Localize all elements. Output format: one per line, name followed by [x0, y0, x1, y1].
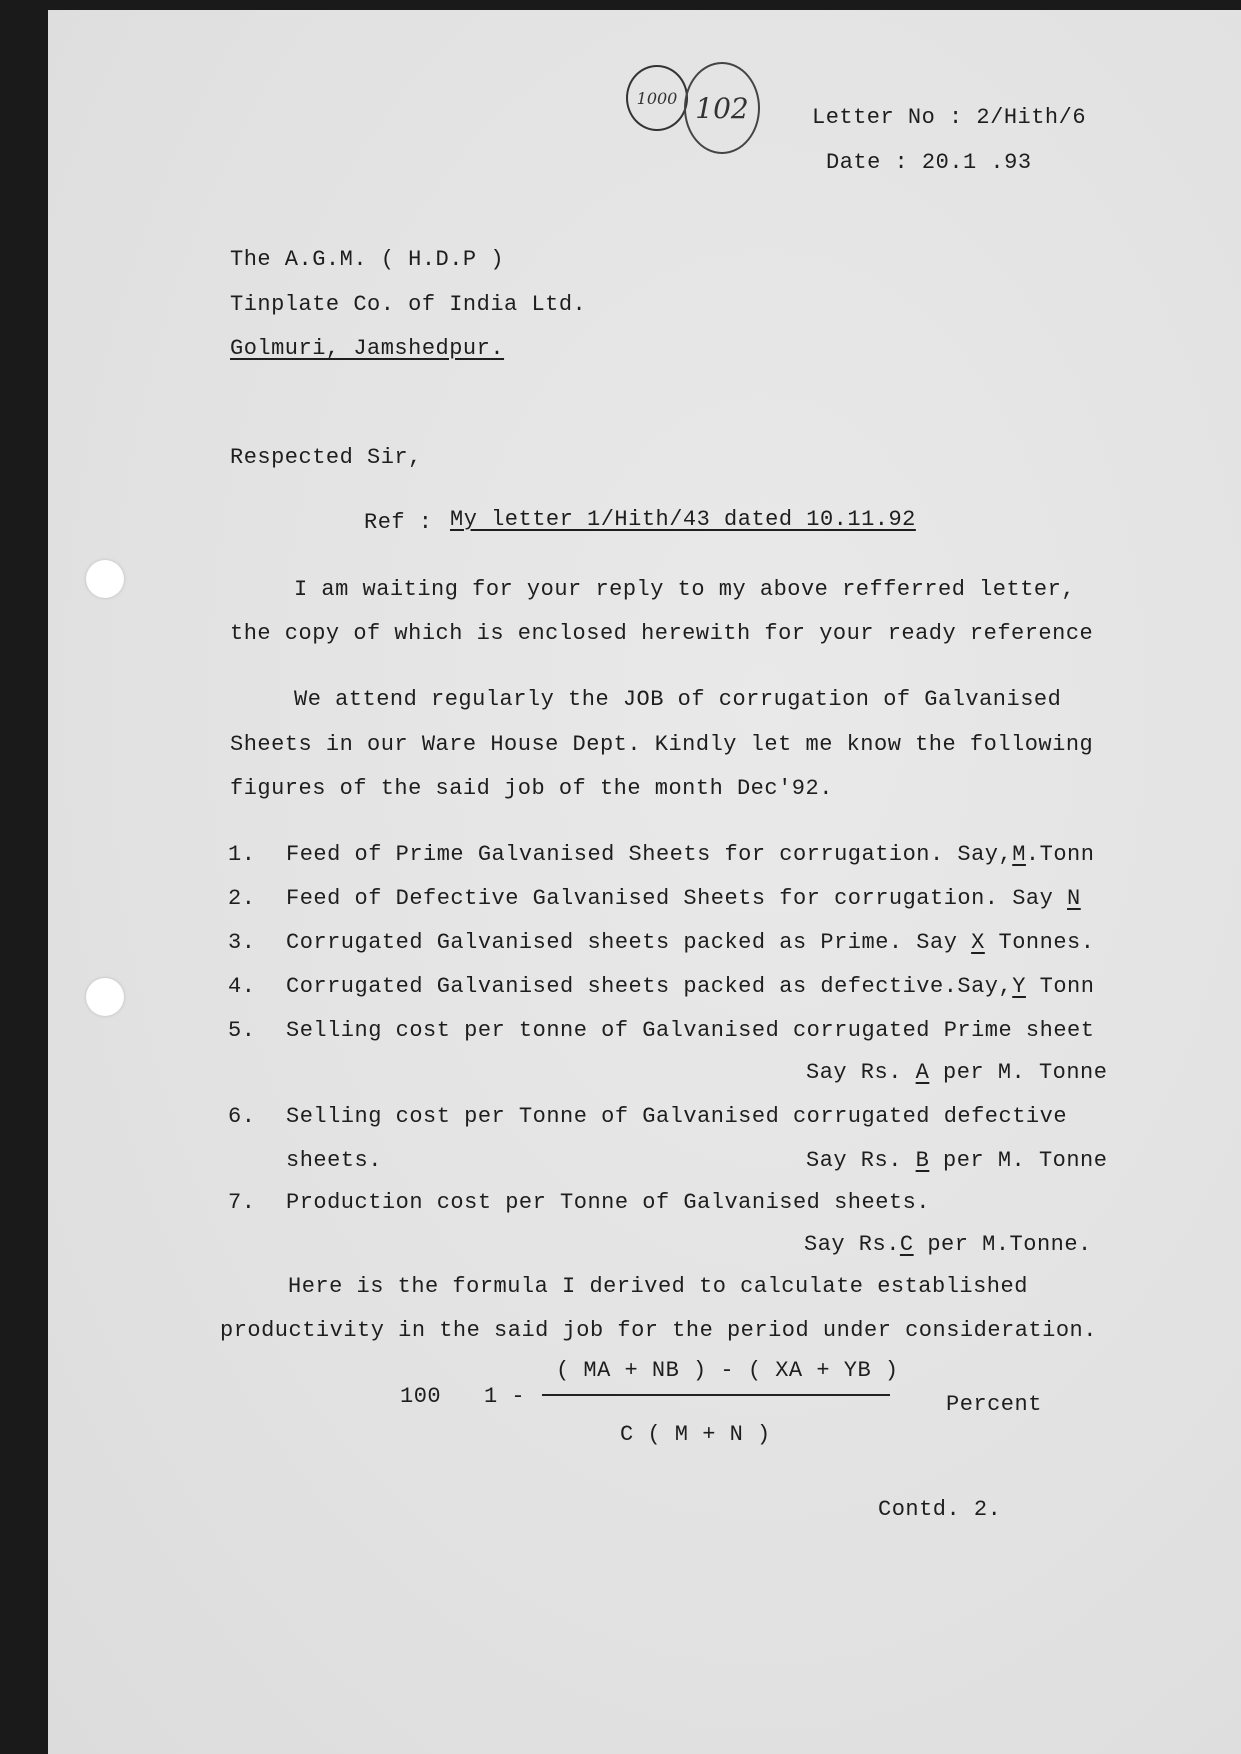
handwritten-stamp-2: 102 [684, 62, 760, 154]
formula-unit: Percent [946, 1392, 1042, 1417]
paragraph-3-line-1: Here is the formula I derived to calcula… [288, 1274, 1028, 1299]
stamp-1-text: 1000 [637, 89, 678, 108]
list-item: 4.Corrugated Galvanised sheets packed as… [228, 974, 1094, 999]
item-text: Feed of Prime Galvanised Sheets for corr… [286, 842, 1012, 867]
item-number: 2. [228, 886, 286, 911]
reference-text: My letter 1/Hith/43 dated 10.11.92 [450, 507, 916, 532]
list-item: 2.Feed of Defective Galvanised Sheets fo… [228, 886, 1081, 911]
item-unit: .Tonn [1026, 842, 1095, 867]
item-text: Corrugated Galvanised sheets packed as d… [286, 974, 1012, 999]
stamp-2-text: 102 [695, 92, 748, 125]
say-prefix: Say Rs. [806, 1148, 916, 1173]
list-item: 5.Selling cost per tonne of Galvanised c… [228, 1018, 1094, 1043]
letter-date: Date : 20.1 .93 [826, 150, 1032, 175]
formula-multiplier: 100 [400, 1384, 441, 1409]
list-item: 3.Corrugated Galvanised sheets packed as… [228, 930, 1094, 955]
list-item: 1.Feed of Prime Galvanised Sheets for co… [228, 842, 1094, 867]
salutation: Respected Sir, [230, 445, 422, 470]
say-prefix: Say Rs. [806, 1060, 916, 1085]
item-variable: C [900, 1232, 914, 1257]
say-unit: per M.Tonne. [914, 1232, 1092, 1257]
continued-note: Contd. 2. [878, 1497, 1001, 1522]
item-say-line: Say Rs. B per M. Tonne [806, 1148, 1107, 1173]
item-number: 4. [228, 974, 286, 999]
item-say-line: Say Rs.C per M.Tonne. [804, 1232, 1092, 1257]
list-item: 6.Selling cost per Tonne of Galvanised c… [228, 1104, 1067, 1129]
item-variable: X [971, 930, 985, 955]
item-variable: M [1012, 842, 1026, 867]
formula-denominator: C ( M + N ) [620, 1422, 771, 1447]
paragraph-2-line-3: figures of the said job of the month Dec… [230, 776, 833, 801]
paragraph-2-line-1: We attend regularly the JOB of corrugati… [294, 687, 1061, 712]
item-text: Production cost per Tonne of Galvanised … [286, 1190, 930, 1215]
handwritten-stamp-1: 1000 [626, 65, 688, 131]
formula-numerator: ( MA + NB ) - ( XA + YB ) [556, 1358, 899, 1383]
formula-one-minus: 1 - [484, 1384, 525, 1409]
say-prefix: Say Rs. [804, 1232, 900, 1257]
item-number: 6. [228, 1104, 286, 1129]
item-continuation: sheets. [286, 1148, 382, 1173]
paragraph-1-line-2: the copy of which is enclosed herewith f… [230, 621, 1093, 646]
item-text: Corrugated Galvanised sheets packed as P… [286, 930, 971, 955]
item-number: 3. [228, 930, 286, 955]
paragraph-2-line-2: Sheets in our Ware House Dept. Kindly le… [230, 732, 1093, 757]
say-unit: per M. Tonne [929, 1148, 1107, 1173]
item-number: 7. [228, 1190, 286, 1215]
item-unit: Tonn [1026, 974, 1095, 999]
item-variable: B [916, 1148, 930, 1173]
punch-hole-bottom [86, 978, 124, 1016]
list-item: 7.Production cost per Tonne of Galvanise… [228, 1190, 930, 1215]
item-variable: Y [1012, 974, 1026, 999]
item-text: Selling cost per Tonne of Galvanised cor… [286, 1104, 1067, 1129]
addressee-line-2: Tinplate Co. of India Ltd. [230, 292, 586, 317]
paragraph-1-line-1: I am waiting for your reply to my above … [294, 577, 1075, 602]
say-unit: per M. Tonne [929, 1060, 1107, 1085]
item-say-line: Say Rs. A per M. Tonne [806, 1060, 1107, 1085]
item-variable: A [916, 1060, 930, 1085]
letter-number: Letter No : 2/Hith/6 [812, 105, 1086, 130]
letter-page: 1000 102 Letter No : 2/Hith/6 Date : 20.… [48, 10, 1241, 1754]
addressee-line-3: Golmuri, Jamshedpur. [230, 336, 504, 361]
item-text: Selling cost per tonne of Galvanised cor… [286, 1018, 1094, 1043]
addressee-line-1: The A.G.M. ( H.D.P ) [230, 247, 504, 272]
item-number: 5. [228, 1018, 286, 1043]
reference-label: Ref : [364, 510, 433, 535]
item-text: Feed of Defective Galvanised Sheets for … [286, 886, 1067, 911]
paragraph-3-line-2: productivity in the said job for the per… [220, 1318, 1097, 1343]
fraction-bar [542, 1394, 890, 1396]
item-variable: N [1067, 886, 1081, 911]
item-unit: Tonnes. [985, 930, 1095, 955]
punch-hole-top [86, 560, 124, 598]
item-number: 1. [228, 842, 286, 867]
